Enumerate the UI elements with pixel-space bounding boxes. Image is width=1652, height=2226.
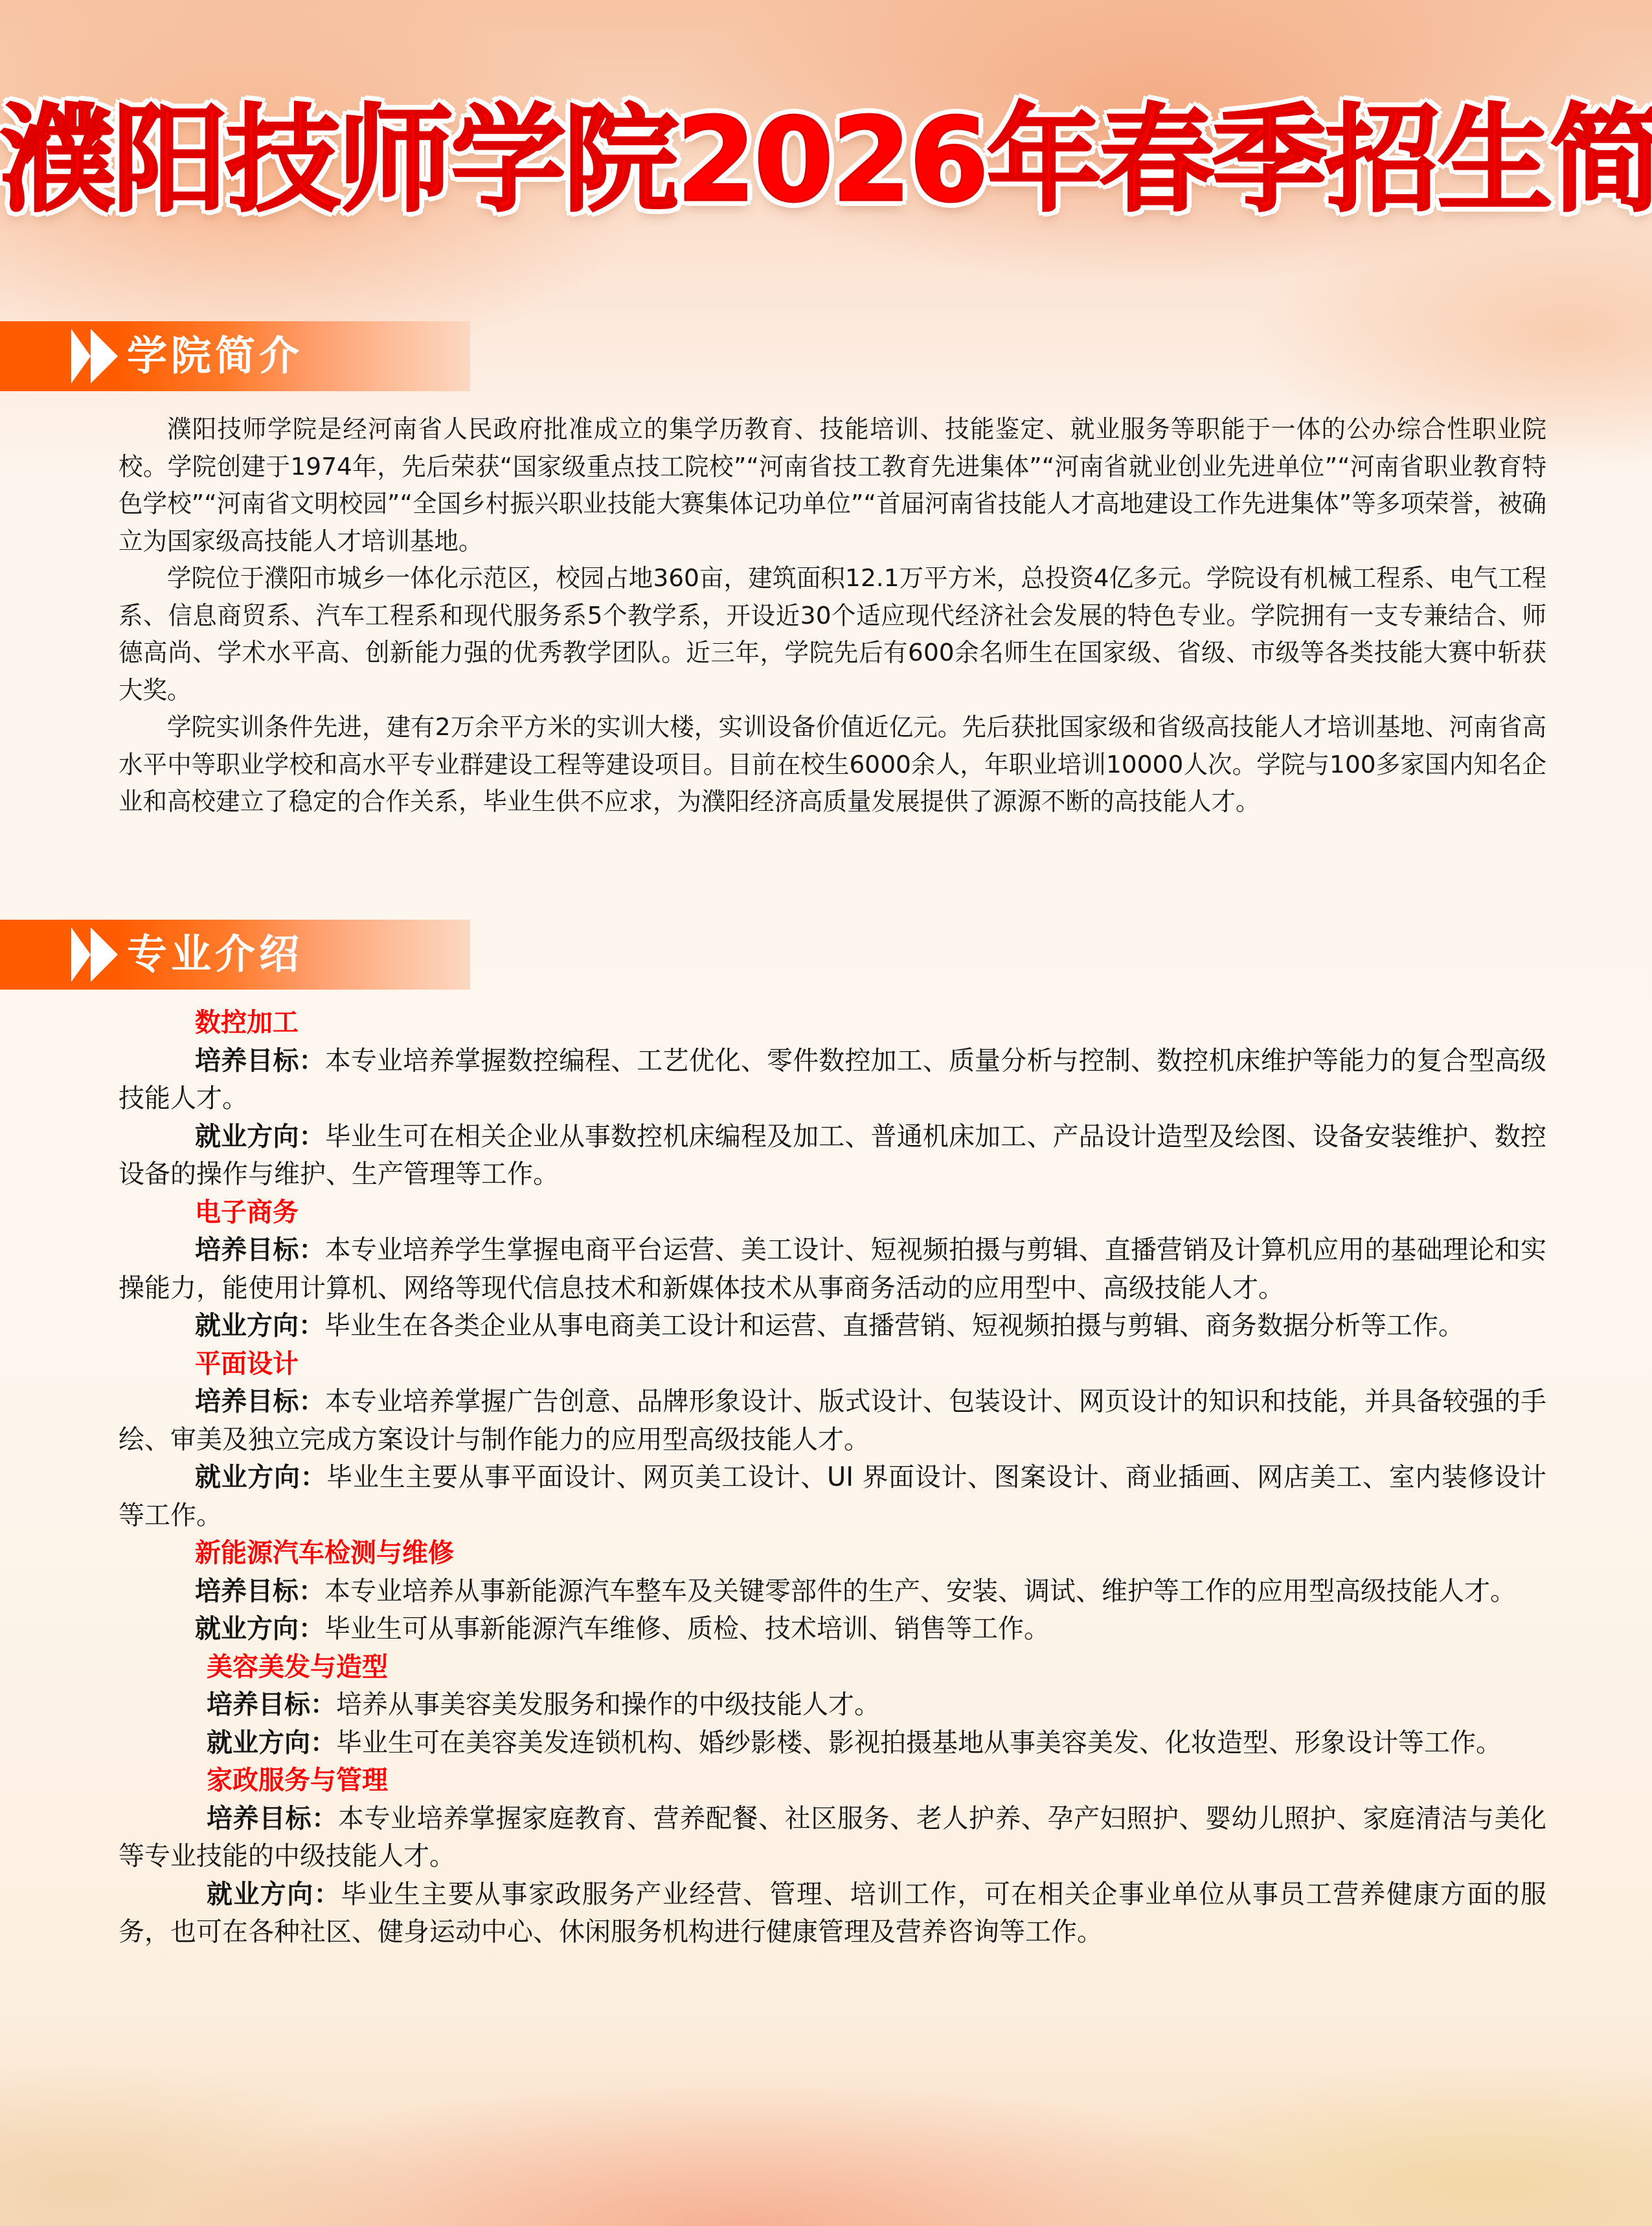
goal-label: 培养目标：: [195, 1387, 325, 1416]
major-career: 就业方向：毕业生在各类企业从事电商美工设计和运营、直播营销、短视频拍摄与剪辑、商…: [119, 1307, 1546, 1345]
goal-label: 培养目标：: [207, 1690, 336, 1720]
major-career: 就业方向：毕业生主要从事家政服务产业经营、管理、培训工作，可在相关企事业单位从事…: [119, 1876, 1546, 1951]
major-item: 数控加工 培养目标：本专业培养掌握数控编程、工艺优化、零件数控加工、质量分析与控…: [119, 1004, 1546, 1194]
major-name: 数控加工: [119, 1004, 1546, 1042]
major-item: 美容美发与造型 培养目标：培养从事美容美发服务和操作的中级技能人才。 就业方向：…: [119, 1648, 1546, 1762]
major-goal: 培养目标：培养从事美容美发服务和操作的中级技能人才。: [119, 1686, 1546, 1724]
career-label: 就业方向：: [195, 1614, 324, 1644]
major-goal: 培养目标：本专业培养从事新能源汽车整车及关键零部件的生产、安装、调试、维护等工作…: [119, 1573, 1546, 1611]
career-text: 毕业生可在美容美发连锁机构、婚纱影楼、影视拍摄基地从事美容美发、化妆造型、形象设…: [336, 1728, 1502, 1758]
major-career: 就业方向：毕业生可在美容美发连锁机构、婚纱影楼、影视拍摄基地从事美容美发、化妆造…: [119, 1724, 1546, 1762]
major-career: 就业方向：毕业生可在相关企业从事数控机床编程及加工、普通机床加工、产品设计造型及…: [119, 1118, 1546, 1194]
section-header-college-intro: 学院简介: [0, 321, 470, 391]
major-name: 家政服务与管理: [119, 1762, 1546, 1800]
career-text: 毕业生可在相关企业从事数控机床编程及加工、普通机床加工、产品设计造型及绘图、设备…: [119, 1122, 1546, 1190]
major-career: 就业方向：毕业生主要从事平面设计、网页美工设计、UI 界面设计、图案设计、商业插…: [119, 1459, 1546, 1534]
major-item: 电子商务 培养目标：本专业培养学生掌握电商平台运营、美工设计、短视频拍摄与剪辑、…: [119, 1194, 1546, 1345]
major-goal: 培养目标：本专业培养掌握数控编程、工艺优化、零件数控加工、质量分析与控制、数控机…: [119, 1042, 1546, 1118]
goal-label: 培养目标：: [195, 1046, 325, 1076]
major-item: 平面设计 培养目标：本专业培养掌握广告创意、品牌形象设计、版式设计、包装设计、网…: [119, 1345, 1546, 1535]
goal-text: 本专业培养掌握数控编程、工艺优化、零件数控加工、质量分析与控制、数控机床维护等能…: [119, 1046, 1546, 1114]
major-goal: 培养目标：本专业培养学生掌握电商平台运营、美工设计、短视频拍摄与剪辑、直播营销及…: [119, 1231, 1546, 1307]
goal-text: 培养从事美容美发服务和操作的中级技能人才。: [336, 1690, 880, 1720]
fast-forward-icon: [71, 927, 118, 982]
career-label: 就业方向：: [207, 1728, 336, 1758]
major-name: 平面设计: [119, 1345, 1546, 1383]
career-text: 毕业生主要从事平面设计、网页美工设计、UI 界面设计、图案设计、商业插画、网店美…: [119, 1462, 1546, 1530]
fast-forward-icon: [71, 329, 118, 383]
career-text: 毕业生可从事新能源汽车维修、质检、技术培训、销售等工作。: [324, 1614, 1050, 1644]
goal-label: 培养目标：: [207, 1804, 338, 1834]
major-goal: 培养目标：本专业培养掌握家庭教育、营养配餐、社区服务、老人护养、孕产妇照护、婴幼…: [119, 1800, 1546, 1876]
major-item: 家政服务与管理 培养目标：本专业培养掌握家庭教育、营养配餐、社区服务、老人护养、…: [119, 1762, 1546, 1951]
career-text: 毕业生在各类企业从事电商美工设计和运营、直播营销、短视频拍摄与剪辑、商务数据分析…: [324, 1311, 1464, 1341]
goal-label: 培养目标：: [195, 1235, 325, 1265]
major-item: 新能源汽车检测与维修 培养目标：本专业培养从事新能源汽车整车及关键零部件的生产、…: [119, 1534, 1546, 1648]
section-heading: 专业介绍: [127, 935, 303, 975]
intro-paragraph: 学院位于濮阳市城乡一体化示范区，校园占地360亩，建筑面积12.1万平方米，总投…: [119, 560, 1546, 709]
goal-text: 本专业培养从事新能源汽车整车及关键零部件的生产、安装、调试、维护等工作的应用型高…: [324, 1576, 1516, 1606]
goal-text: 本专业培养掌握广告创意、品牌形象设计、版式设计、包装设计、网页设计的知识和技能，…: [119, 1387, 1546, 1455]
major-name: 新能源汽车检测与维修: [119, 1534, 1546, 1573]
page-title: 濮阳技师学院2026年春季招生简章: [0, 97, 1652, 224]
major-goal: 培养目标：本专业培养掌握广告创意、品牌形象设计、版式设计、包装设计、网页设计的知…: [119, 1383, 1546, 1459]
section-header-majors: 专业介绍: [0, 920, 470, 990]
section-heading: 学院简介: [127, 336, 303, 376]
intro-paragraph: 濮阳技师学院是经河南省人民政府批准成立的集学历教育、技能培训、技能鉴定、就业服务…: [119, 411, 1546, 560]
major-name: 电子商务: [119, 1194, 1546, 1232]
intro-paragraph: 学院实训条件先进，建有2万余平方米的实训大楼，实训设备价值近亿元。先后获批国家级…: [119, 709, 1546, 821]
goal-label: 培养目标：: [195, 1576, 324, 1606]
majors-list: 数控加工 培养目标：本专业培养掌握数控编程、工艺优化、零件数控加工、质量分析与控…: [119, 1004, 1546, 1951]
major-name: 美容美发与造型: [119, 1648, 1546, 1687]
college-intro-text: 濮阳技师学院是经河南省人民政府批准成立的集学历教育、技能培训、技能鉴定、就业服务…: [119, 411, 1546, 821]
goal-text: 本专业培养学生掌握电商平台运营、美工设计、短视频拍摄与剪辑、直播营销及计算机应用…: [119, 1235, 1546, 1303]
major-career: 就业方向：毕业生可从事新能源汽车维修、质检、技术培训、销售等工作。: [119, 1610, 1546, 1648]
career-label: 就业方向：: [207, 1880, 341, 1909]
career-label: 就业方向：: [195, 1311, 324, 1341]
career-label: 就业方向：: [195, 1462, 326, 1492]
career-label: 就业方向：: [195, 1122, 325, 1152]
